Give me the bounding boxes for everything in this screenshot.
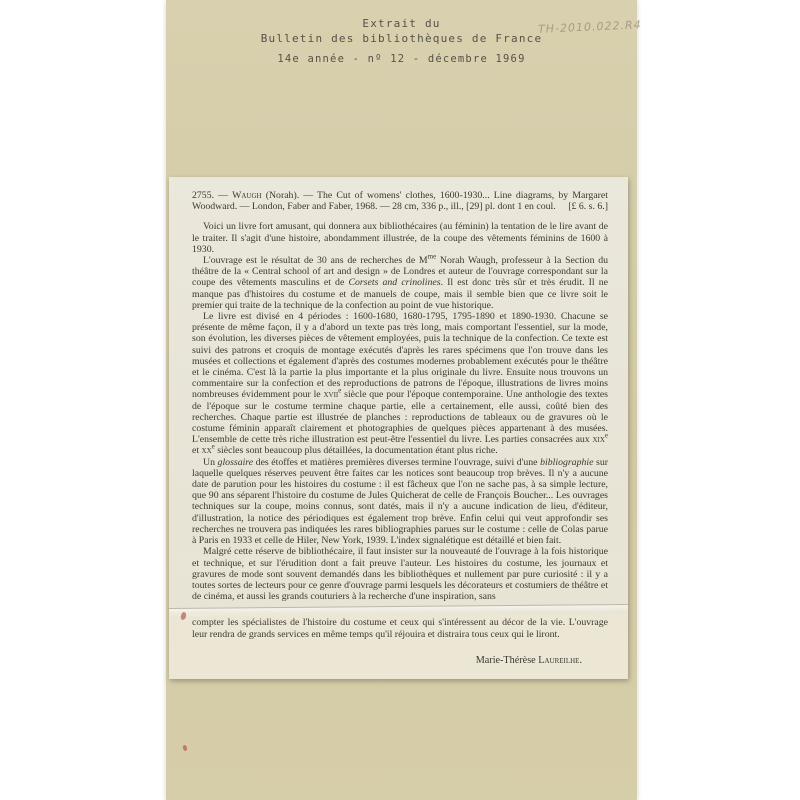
entry-text: 2755. — Waugh (Norah). — The Cut of wome… bbox=[192, 190, 608, 212]
review-paragraph: compter les spécialistes de l'histoire d… bbox=[192, 617, 608, 639]
review-clipping: 2755. — Waugh (Norah). — The Cut of wome… bbox=[169, 177, 628, 679]
reviewer-signature: Marie-Thérèse Laureilhe. bbox=[192, 655, 608, 666]
review-paragraph: Malgré cette réserve de bibliothécaire, … bbox=[192, 546, 608, 602]
review-paragraph: L'ouvrage est le résultat de 30 ans de r… bbox=[192, 255, 608, 311]
scanned-document: Extrait du Bulletin des bibliothèques de… bbox=[0, 0, 800, 800]
stamp-issue-line: 14e année - nº 12 - décembre 1969 bbox=[166, 53, 637, 65]
review-paragraph: Un glossaire des étoffes et matières pre… bbox=[192, 457, 608, 547]
review-body-lower: compter les spécialistes de l'histoire d… bbox=[192, 617, 608, 639]
review-paragraph: Voici un livre fort amusant, qui donnera… bbox=[192, 221, 608, 255]
clipping-lower-piece: compter les spécialistes de l'histoire d… bbox=[169, 614, 628, 679]
review-paragraph: Le livre est divisé en 4 périodes : 1600… bbox=[192, 311, 608, 457]
review-body-upper: Voici un livre fort amusant, qui donnera… bbox=[192, 221, 608, 602]
entry-price: [£ 6. s. 6.] bbox=[562, 201, 608, 212]
bibliographic-entry: 2755. — Waugh (Norah). — The Cut of wome… bbox=[192, 190, 608, 212]
